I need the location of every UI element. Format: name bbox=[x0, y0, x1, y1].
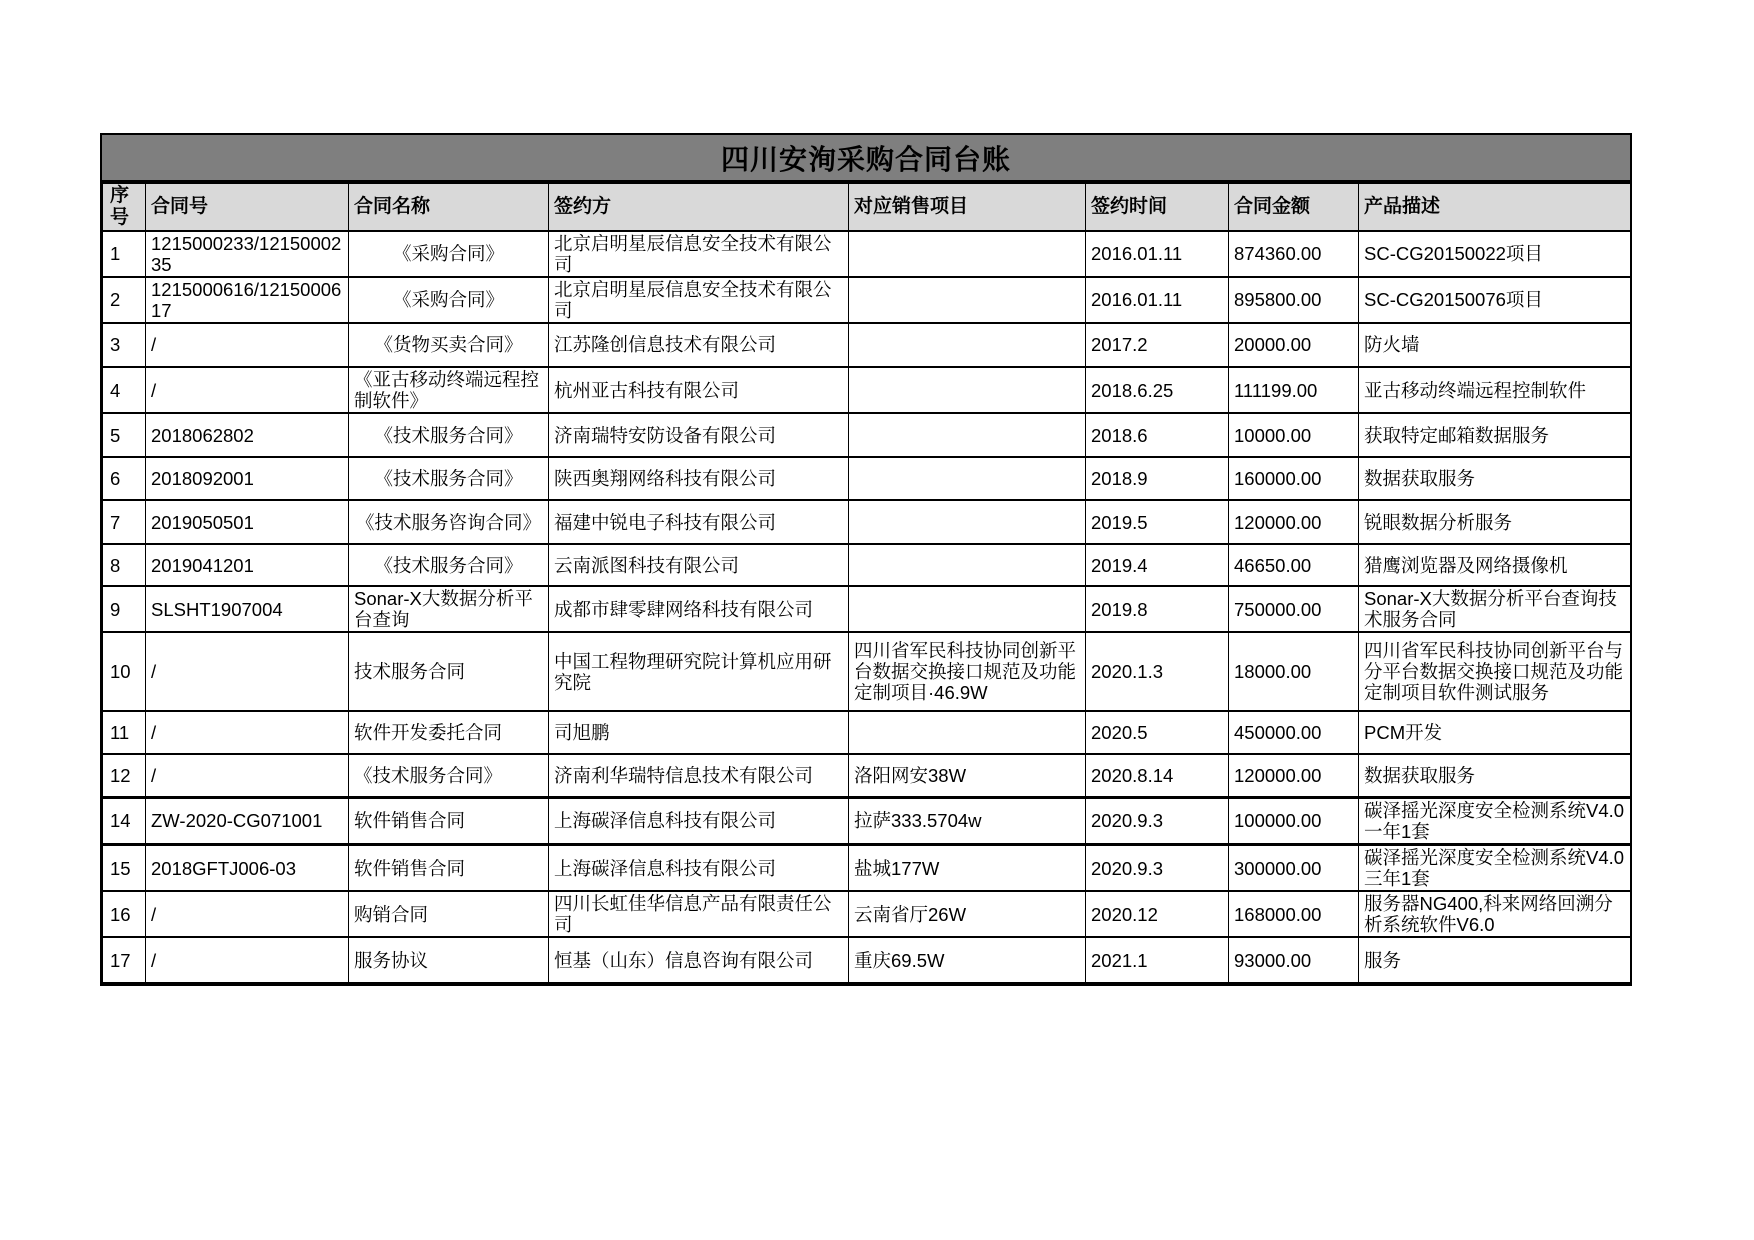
column-header-sales-project: 对应销售项目 bbox=[849, 183, 1086, 231]
column-header-contract-amount: 合同金额 bbox=[1229, 183, 1359, 231]
cell-index: 17 bbox=[103, 937, 146, 983]
cell-signing-date: 2018.6 bbox=[1086, 413, 1229, 457]
cell-contract-amount: 10000.00 bbox=[1229, 413, 1359, 457]
cell-signing-date: 2020.5 bbox=[1086, 711, 1229, 754]
cell-contract-amount: 160000.00 bbox=[1229, 457, 1359, 500]
table-row: 11215000233/1215000235《采购合同》北京启明星辰信息安全技术… bbox=[103, 231, 1631, 277]
cell-index: 10 bbox=[103, 632, 146, 711]
cell-contract-amount: 46650.00 bbox=[1229, 544, 1359, 586]
cell-signing-date: 2020.12 bbox=[1086, 891, 1229, 937]
cell-sales-project bbox=[849, 277, 1086, 323]
cell-signing-date: 2019.8 bbox=[1086, 586, 1229, 632]
cell-product-desc: 服务 bbox=[1359, 937, 1631, 983]
cell-contract-no: 2018092001 bbox=[146, 457, 349, 500]
table-row: 82019041201《技术服务合同》云南派图科技有限公司2019.446650… bbox=[103, 544, 1631, 586]
cell-contract-name: 软件开发委托合同 bbox=[349, 711, 549, 754]
cell-index: 6 bbox=[103, 457, 146, 500]
cell-signing-date: 2020.9.3 bbox=[1086, 844, 1229, 891]
cell-contract-no: / bbox=[146, 711, 349, 754]
table-row: 14ZW-2020-CG071001软件销售合同上海碳泽信息科技有限公司拉萨33… bbox=[103, 797, 1631, 844]
cell-signing-party: 江苏隆创信息技术有限公司 bbox=[549, 323, 849, 367]
cell-sales-project bbox=[849, 544, 1086, 586]
cell-contract-amount: 18000.00 bbox=[1229, 632, 1359, 711]
cell-product-desc: 数据获取服务 bbox=[1359, 754, 1631, 797]
cell-contract-no: 2018062802 bbox=[146, 413, 349, 457]
cell-sales-project bbox=[849, 367, 1086, 413]
cell-signing-party: 司旭鹏 bbox=[549, 711, 849, 754]
cell-contract-no: / bbox=[146, 937, 349, 983]
column-header-signing-date: 签约时间 bbox=[1086, 183, 1229, 231]
cell-index: 2 bbox=[103, 277, 146, 323]
cell-signing-date: 2018.9 bbox=[1086, 457, 1229, 500]
cell-contract-amount: 874360.00 bbox=[1229, 231, 1359, 277]
cell-signing-party: 中国工程物理研究院计算机应用研究院 bbox=[549, 632, 849, 711]
column-header-contract-no: 合同号 bbox=[146, 183, 349, 231]
cell-contract-name: 《技术服务合同》 bbox=[349, 413, 549, 457]
cell-signing-date: 2016.01.11 bbox=[1086, 277, 1229, 323]
cell-index: 12 bbox=[103, 754, 146, 797]
cell-signing-date: 2020.9.3 bbox=[1086, 797, 1229, 844]
cell-signing-date: 2021.1 bbox=[1086, 937, 1229, 983]
cell-signing-party: 陕西奥翔网络科技有限公司 bbox=[549, 457, 849, 500]
cell-sales-project bbox=[849, 457, 1086, 500]
cell-signing-party: 恒基（山东）信息咨询有限公司 bbox=[549, 937, 849, 983]
table-row: 4/《亚古移动终端远程控制软件》杭州亚古科技有限公司2018.6.2511119… bbox=[103, 367, 1631, 413]
column-header-contract-name: 合同名称 bbox=[349, 183, 549, 231]
cell-contract-amount: 450000.00 bbox=[1229, 711, 1359, 754]
cell-product-desc: 亚古移动终端远程控制软件 bbox=[1359, 367, 1631, 413]
cell-product-desc: 碳泽摇光深度安全检测系统V4.0一年1套 bbox=[1359, 797, 1631, 844]
contract-ledger-table: 四川安洵采购合同台账 序号合同号合同名称签约方对应销售项目签约时间合同金额产品描… bbox=[100, 133, 1632, 986]
cell-signing-party: 福建中锐电子科技有限公司 bbox=[549, 500, 849, 544]
cell-contract-name: Sonar-X大数据分析平台查询 bbox=[349, 586, 549, 632]
cell-sales-project bbox=[849, 413, 1086, 457]
table-row: 10/技术服务合同中国工程物理研究院计算机应用研究院四川省军民科技协同创新平台数… bbox=[103, 632, 1631, 711]
cell-sales-project: 拉萨333.5704w bbox=[849, 797, 1086, 844]
spreadsheet-page: 四川安洵采购合同台账 序号合同号合同名称签约方对应销售项目签约时间合同金额产品描… bbox=[0, 0, 1754, 1240]
table-row: 9SLSHT1907004Sonar-X大数据分析平台查询成都市肆零肆网络科技有… bbox=[103, 586, 1631, 632]
table-row: 17/服务协议恒基（山东）信息咨询有限公司重庆69.5W2021.193000.… bbox=[103, 937, 1631, 983]
cell-contract-name: 购销合同 bbox=[349, 891, 549, 937]
cell-signing-party: 杭州亚古科技有限公司 bbox=[549, 367, 849, 413]
cell-contract-name: 软件销售合同 bbox=[349, 844, 549, 891]
table-row: 12/《技术服务合同》济南利华瑞特信息技术有限公司洛阳网安38W2020.8.1… bbox=[103, 754, 1631, 797]
cell-index: 9 bbox=[103, 586, 146, 632]
table-row: 152018GFTJ006-03软件销售合同上海碳泽信息科技有限公司盐城177W… bbox=[103, 844, 1631, 891]
cell-signing-date: 2020.8.14 bbox=[1086, 754, 1229, 797]
table-row: 62018092001《技术服务合同》陕西奥翔网络科技有限公司2018.9160… bbox=[103, 457, 1631, 500]
cell-index: 14 bbox=[103, 797, 146, 844]
cell-product-desc: 获取特定邮箱数据服务 bbox=[1359, 413, 1631, 457]
cell-signing-date: 2016.01.11 bbox=[1086, 231, 1229, 277]
cell-contract-name: 软件销售合同 bbox=[349, 797, 549, 844]
cell-product-desc: PCM开发 bbox=[1359, 711, 1631, 754]
cell-contract-no: / bbox=[146, 891, 349, 937]
cell-contract-no: SLSHT1907004 bbox=[146, 586, 349, 632]
cell-contract-name: 《技术服务咨询合同》 bbox=[349, 500, 549, 544]
cell-contract-no: / bbox=[146, 754, 349, 797]
table-row: 52018062802《技术服务合同》济南瑞特安防设备有限公司2018.6100… bbox=[103, 413, 1631, 457]
cell-index: 15 bbox=[103, 844, 146, 891]
cell-signing-date: 2019.4 bbox=[1086, 544, 1229, 586]
cell-signing-date: 2019.5 bbox=[1086, 500, 1229, 544]
cell-index: 5 bbox=[103, 413, 146, 457]
cell-signing-date: 2018.6.25 bbox=[1086, 367, 1229, 413]
cell-contract-no: 2019041201 bbox=[146, 544, 349, 586]
table-row: 11/软件开发委托合同司旭鹏2020.5450000.00PCM开发 bbox=[103, 711, 1631, 754]
cell-index: 11 bbox=[103, 711, 146, 754]
cell-contract-name: 《货物买卖合同》 bbox=[349, 323, 549, 367]
cell-sales-project: 盐城177W bbox=[849, 844, 1086, 891]
cell-signing-party: 上海碳泽信息科技有限公司 bbox=[549, 844, 849, 891]
column-header-signing-party: 签约方 bbox=[549, 183, 849, 231]
cell-contract-no: ZW-2020-CG071001 bbox=[146, 797, 349, 844]
column-header-product-desc: 产品描述 bbox=[1359, 183, 1631, 231]
table-row: 3/《货物买卖合同》江苏隆创信息技术有限公司2017.220000.00防火墙 bbox=[103, 323, 1631, 367]
cell-signing-party: 四川长虹佳华信息产品有限责任公司 bbox=[549, 891, 849, 937]
cell-contract-name: 服务协议 bbox=[349, 937, 549, 983]
cell-contract-amount: 20000.00 bbox=[1229, 323, 1359, 367]
cell-contract-amount: 120000.00 bbox=[1229, 500, 1359, 544]
table-title: 四川安洵采购合同台账 bbox=[102, 135, 1630, 182]
cell-contract-name: 《技术服务合同》 bbox=[349, 754, 549, 797]
cell-contract-amount: 300000.00 bbox=[1229, 844, 1359, 891]
cell-contract-amount: 168000.00 bbox=[1229, 891, 1359, 937]
cell-product-desc: 碳泽摇光深度安全检测系统V4.0三年1套 bbox=[1359, 844, 1631, 891]
header-row: 序号合同号合同名称签约方对应销售项目签约时间合同金额产品描述 bbox=[103, 183, 1631, 231]
cell-sales-project: 云南省厅26W bbox=[849, 891, 1086, 937]
cell-index: 4 bbox=[103, 367, 146, 413]
cell-contract-no: 2019050501 bbox=[146, 500, 349, 544]
cell-contract-name: 《采购合同》 bbox=[349, 231, 549, 277]
cell-signing-party: 成都市肆零肆网络科技有限公司 bbox=[549, 586, 849, 632]
table-row: 21215000616/1215000617《采购合同》北京启明星辰信息安全技术… bbox=[103, 277, 1631, 323]
cell-product-desc: Sonar-X大数据分析平台查询技术服务合同 bbox=[1359, 586, 1631, 632]
cell-contract-no: 1215000616/1215000617 bbox=[146, 277, 349, 323]
cell-index: 16 bbox=[103, 891, 146, 937]
cell-index: 7 bbox=[103, 500, 146, 544]
cell-contract-amount: 895800.00 bbox=[1229, 277, 1359, 323]
cell-product-desc: 防火墙 bbox=[1359, 323, 1631, 367]
cell-product-desc: SC-CG20150022项目 bbox=[1359, 231, 1631, 277]
cell-index: 8 bbox=[103, 544, 146, 586]
cell-product-desc: 锐眼数据分析服务 bbox=[1359, 500, 1631, 544]
cell-signing-party: 上海碳泽信息科技有限公司 bbox=[549, 797, 849, 844]
cell-signing-party: 济南利华瑞特信息技术有限公司 bbox=[549, 754, 849, 797]
cell-sales-project: 重庆69.5W bbox=[849, 937, 1086, 983]
cell-product-desc: SC-CG20150076项目 bbox=[1359, 277, 1631, 323]
cell-contract-amount: 111199.00 bbox=[1229, 367, 1359, 413]
contracts-table: 序号合同号合同名称签约方对应销售项目签约时间合同金额产品描述 112150002… bbox=[102, 182, 1631, 984]
cell-product-desc: 猎鹰浏览器及网络摄像机 bbox=[1359, 544, 1631, 586]
table-row: 16/购销合同四川长虹佳华信息产品有限责任公司云南省厅26W2020.12168… bbox=[103, 891, 1631, 937]
cell-contract-no: 2018GFTJ006-03 bbox=[146, 844, 349, 891]
cell-contract-no: / bbox=[146, 367, 349, 413]
cell-contract-no: / bbox=[146, 632, 349, 711]
cell-product-desc: 四川省军民科技协同创新平台与分平台数据交换接口规范及功能定制项目软件测试服务 bbox=[1359, 632, 1631, 711]
cell-contract-amount: 100000.00 bbox=[1229, 797, 1359, 844]
cell-contract-no: / bbox=[146, 323, 349, 367]
cell-contract-name: 《亚古移动终端远程控制软件》 bbox=[349, 367, 549, 413]
cell-sales-project: 洛阳网安38W bbox=[849, 754, 1086, 797]
cell-contract-name: 《技术服务合同》 bbox=[349, 544, 549, 586]
cell-signing-date: 2017.2 bbox=[1086, 323, 1229, 367]
cell-signing-party: 云南派图科技有限公司 bbox=[549, 544, 849, 586]
cell-sales-project bbox=[849, 323, 1086, 367]
cell-sales-project bbox=[849, 711, 1086, 754]
cell-signing-party: 济南瑞特安防设备有限公司 bbox=[549, 413, 849, 457]
cell-index: 3 bbox=[103, 323, 146, 367]
cell-contract-amount: 93000.00 bbox=[1229, 937, 1359, 983]
cell-product-desc: 数据获取服务 bbox=[1359, 457, 1631, 500]
cell-signing-party: 北京启明星辰信息安全技术有限公司 bbox=[549, 277, 849, 323]
cell-sales-project bbox=[849, 500, 1086, 544]
cell-sales-project: 四川省军民科技协同创新平台数据交换接口规范及功能定制项目·46.9W bbox=[849, 632, 1086, 711]
cell-contract-name: 技术服务合同 bbox=[349, 632, 549, 711]
cell-signing-date: 2020.1.3 bbox=[1086, 632, 1229, 711]
cell-contract-name: 《采购合同》 bbox=[349, 277, 549, 323]
cell-contract-amount: 120000.00 bbox=[1229, 754, 1359, 797]
cell-product-desc: 服务器NG400,科来网络回溯分析系统软件V6.0 bbox=[1359, 891, 1631, 937]
cell-sales-project bbox=[849, 231, 1086, 277]
cell-contract-name: 《技术服务合同》 bbox=[349, 457, 549, 500]
cell-index: 1 bbox=[103, 231, 146, 277]
column-header-index: 序号 bbox=[103, 183, 146, 231]
cell-signing-party: 北京启明星辰信息安全技术有限公司 bbox=[549, 231, 849, 277]
cell-sales-project bbox=[849, 586, 1086, 632]
cell-contract-no: 1215000233/1215000235 bbox=[146, 231, 349, 277]
cell-contract-amount: 750000.00 bbox=[1229, 586, 1359, 632]
table-row: 72019050501《技术服务咨询合同》福建中锐电子科技有限公司2019.51… bbox=[103, 500, 1631, 544]
